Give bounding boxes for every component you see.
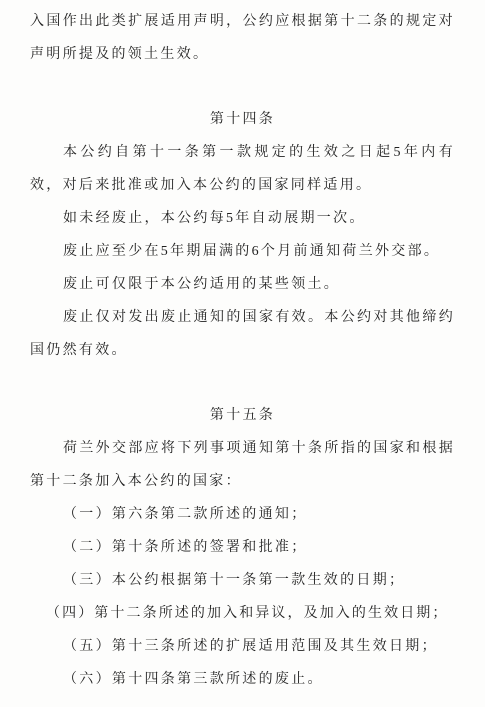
article-14-paragraph: 废止可仅限于本公约适用的某些领土。 (30, 268, 455, 301)
article-14-paragraph: 如未经废止，本公约每5年自动展期一次。 (30, 202, 455, 235)
article-14-paragraph: 废止仅对发出废止通知的国家有效。本公约对其他缔约国仍然有效。 (30, 301, 455, 367)
article-14-paragraph: 本公约自第十一条第一款规定的生效之日起5年内有效，对后来批准或加入本公约的国家同… (30, 136, 455, 202)
list-item: （二）第十条所述的签署和批准； (30, 531, 455, 564)
article-14-heading: 第十四条 (30, 103, 455, 136)
paragraph-continuation: 入国作出此类扩展适用声明，公约应根据第十二条的规定对声明所提及的领土生效。 (30, 5, 455, 71)
document-page: 入国作出此类扩展适用声明，公约应根据第十二条的规定对声明所提及的领土生效。 第十… (0, 0, 485, 707)
article-15-heading: 第十五条 (30, 399, 455, 432)
list-item: （四）第十二条所述的加入和异议，及加入的生效日期； (30, 597, 455, 630)
article-15-item-list: （一）第六条第二款所述的通知； （二）第十条所述的签署和批准； （三）本公约根据… (30, 498, 455, 696)
list-item: （三）本公约根据第十一条第一款生效的日期； (30, 564, 455, 597)
list-item: （一）第六条第二款所述的通知； (30, 498, 455, 531)
list-item: （六）第十四条第三款所述的废止。 (30, 663, 455, 696)
article-14-paragraph: 废止应至少在5年期届满的6个月前通知荷兰外交部。 (30, 235, 455, 268)
article-15-intro-paragraph: 荷兰外交部应将下列事项通知第十条所指的国家和根据第十二条加入本公约的国家： (30, 432, 455, 498)
list-item: （五）第十三条所述的扩展适用范围及其生效日期； (30, 630, 455, 663)
